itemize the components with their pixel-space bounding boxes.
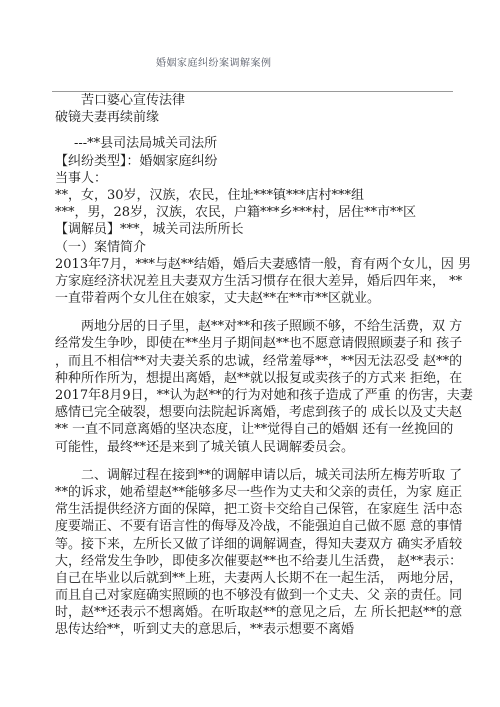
paragraph-line: ** 一直不同意离婚的坚决态度，让**觉得自己的婚姻 还有一丝挽回的 [55,421,480,438]
paragraph-line: 可能性，最终**还是来到了城关镇人民调解委员会。 [55,439,480,456]
paragraph-line: 方家庭经济状况差且夫妻双方生活习惯存在很大差异，婚后四年来， ** [55,273,480,290]
paragraph-line: 思传达给**，听到丈夫的意思后，**表示想要不离婚 [55,621,480,638]
paragraph-line: 一直带着两个女儿住在娘家，丈夫赵**在**市**区就业。 [55,290,480,307]
paragraph-line: 两地分居的日子里，赵**对**和孩子照顾不够，不给生活费，双 方 [55,318,480,335]
spacer [55,126,480,135]
page-header-title: 婚姻家庭纠纷案调解案例 [156,54,272,69]
paragraph-line: 常生活提供经济方面的保障，把工资卡交给自己保管，在家庭生 活中态 [55,501,480,518]
paragraph-line: 自己在毕业以后就到**上班，夫妻两人长期不在一起生活， 两地分居， [55,570,480,587]
paragraph-line: ，而且不相信**对夫妻关系的忠诚，经常羞辱**，**因无法忍受 赵**的 [55,353,480,370]
spacer [55,456,480,467]
paragraph-line: 2013年7月，***与赵**结婚，婚后夫妻感情一般，育有两个女儿，因 男 [55,256,480,273]
document-source: ---**县司法局城关司法所 [55,135,480,152]
paragraph-line: 大，经常发生争吵，即使多次催要赵**也不给妻儿生活费， 赵**表示： [55,553,480,570]
paragraph-line: **的诉求，她希望赵**能够多尽一些作为丈夫和父亲的责任，为家 庭正 [55,484,480,501]
paragraph-line: 经常发生争吵，即使在**坐月子期间赵**也不愿意请假照顾妻子和 孩子 [55,335,480,352]
mediator: 【调解员】***，城关司法所所长 [55,221,480,238]
paragraph-line: 时，赵**还表示不想离婚。在听取赵**的意见之后，左 所长把赵**的意 [55,604,480,621]
paragraph-line: 种种所作所为，想提出离婚，赵**就以报复或卖孩子的方式来 拒绝，在 [55,370,480,387]
paragraph-line: 度要端正、不要有语言性的侮辱及冷战，不能强迫自己做不愿 意的事情 [55,518,480,535]
paragraph-line: 等。接下来，左所长又做了详细的调解调查，得知夫妻双方 确实矛盾较 [55,536,480,553]
paragraph-line: 感情已完全破裂，想要向法院起诉离婚，考虑到孩子的 成长以及丈夫赵 [55,404,480,421]
document-title-line2: 破镜夫妻再续前缘 [55,109,480,126]
paragraph-1: 2013年7月，***与赵**结婚，婚后夫妻感情一般，育有两个女儿，因 男 方家… [55,256,480,308]
document-title-line1: 苦口婆心宣传法律 [55,92,480,109]
dispute-type: 【纠纷类型】：婚姻家庭纠纷 [55,153,480,170]
parties-label: 当事人： [55,170,480,187]
paragraph-line: 二、调解过程在接到**的调解申请以后，城关司法所左梅芳听取 了 [55,467,480,484]
paragraph-2: 两地分居的日子里，赵**对**和孩子照顾不够，不给生活费，双 方 经常发生争吵，… [55,318,480,456]
paragraph-3: 二、调解过程在接到**的调解申请以后，城关司法所左梅芳听取 了 **的诉求，她希… [55,467,480,639]
party-1: **，女，30岁，汉族，农民，住址***镇***店村***组 [55,187,480,204]
party-2: ***，男，28岁，汉族，农民，户籍***乡***村，居住**市**区 [55,204,480,221]
paragraph-line: 2017年8月9日，**认为赵**的行为对她和孩子造成了严重 的伤害，夫妻 [55,387,480,404]
spacer [55,307,480,318]
document-body: 苦口婆心宣传法律 破镜夫妻再续前缘 ---**县司法局城关司法所 【纠纷类型】：… [55,92,480,639]
section-heading-case-summary: （一）案情简介 [55,239,480,256]
paragraph-line: 而且自己对家庭确实照顾的也不够没有做到一个丈夫、父 亲的责任。同 [55,587,480,604]
